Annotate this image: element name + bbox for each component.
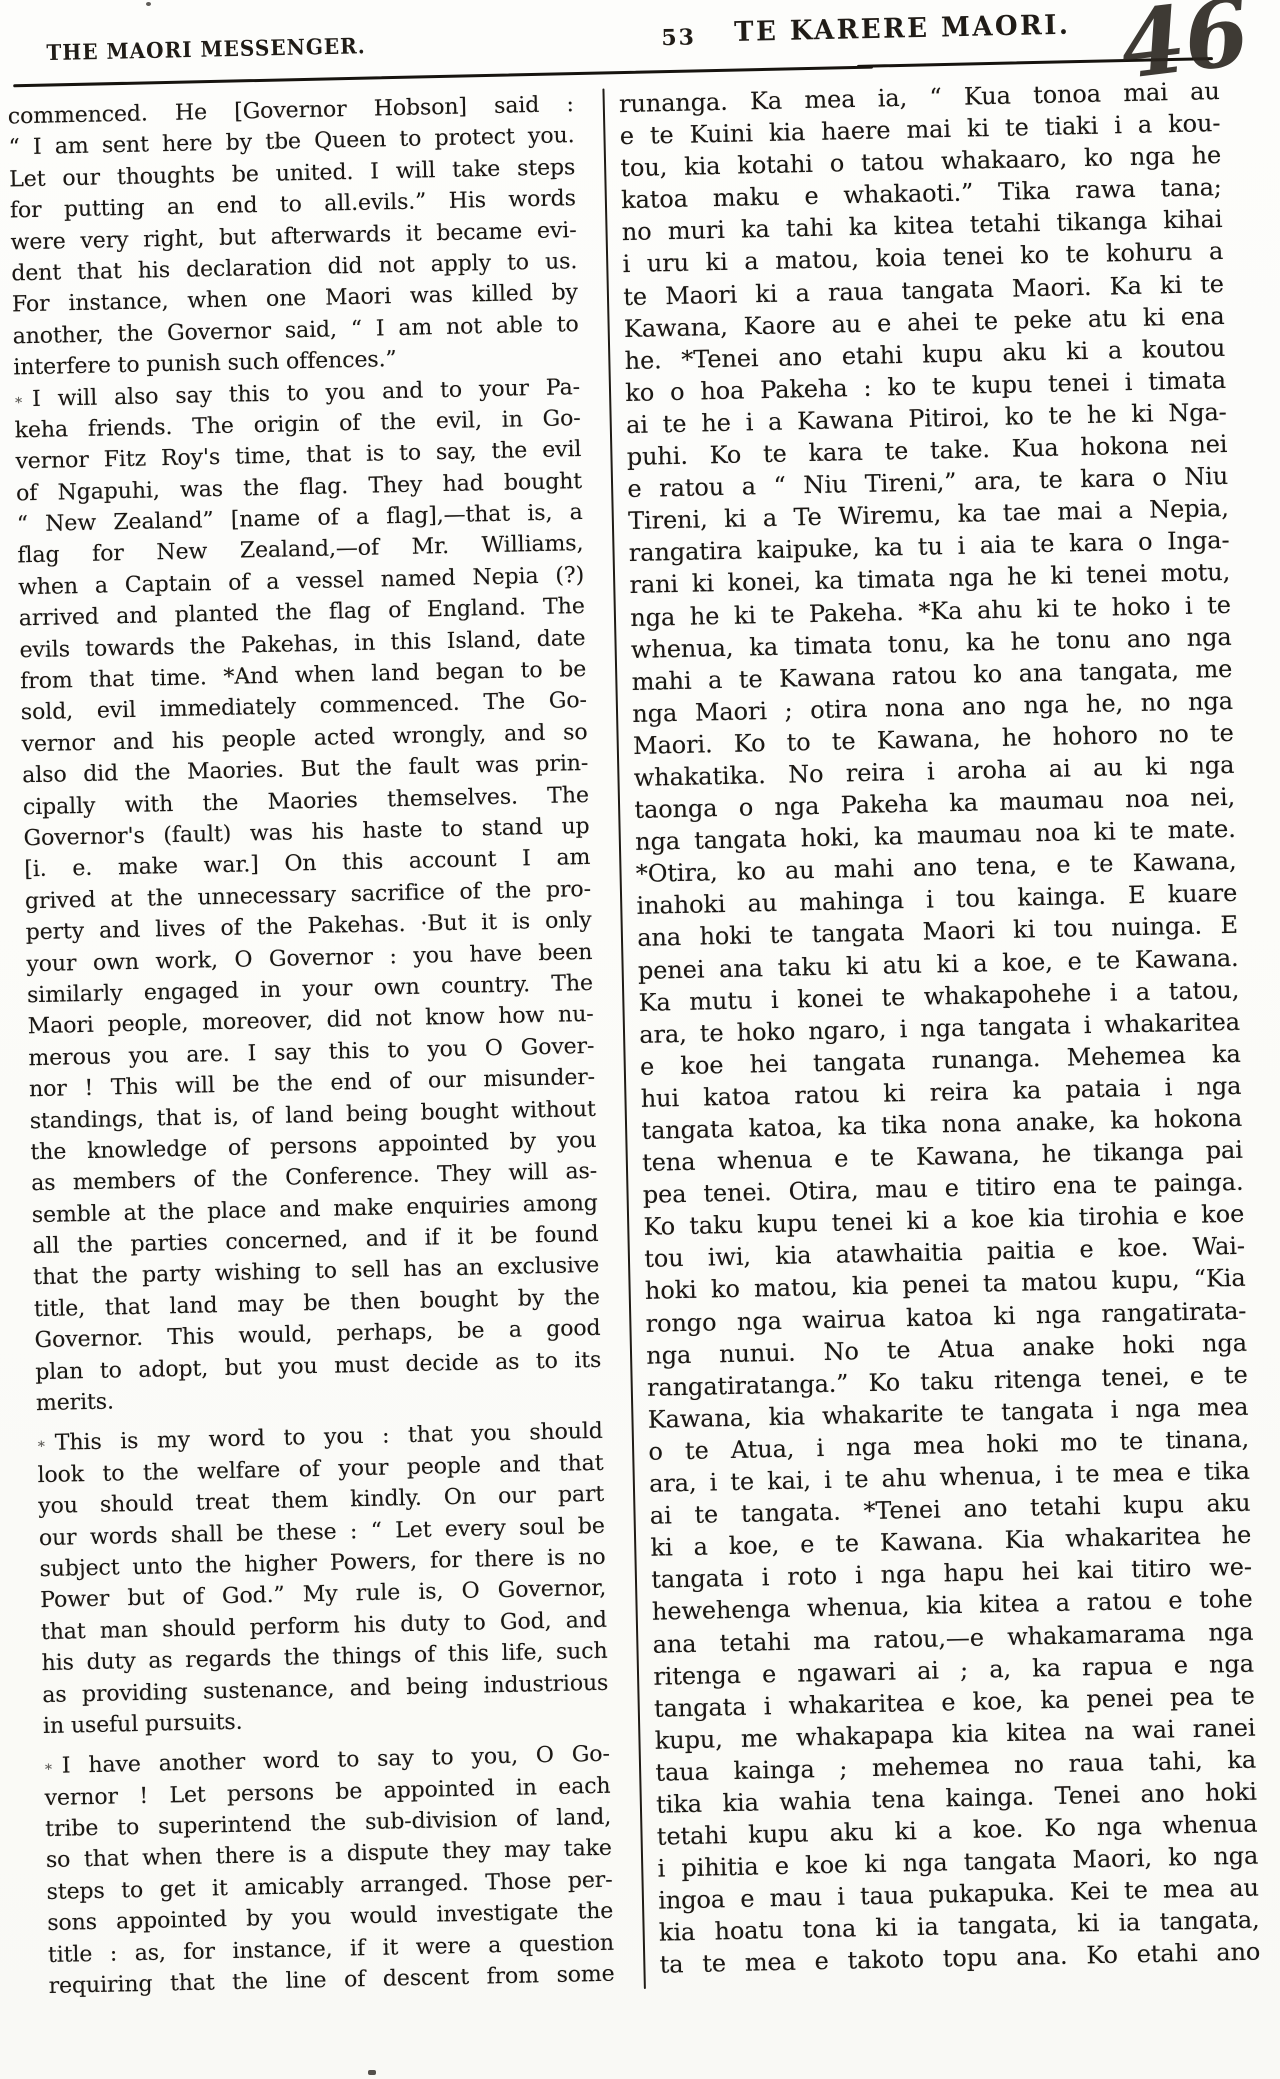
paragraph: commenced. He [Governor Hobson] said :“ … [8,89,580,384]
ink-speck [146,2,151,6]
ink-mark: * [15,388,23,416]
ink-mark: * [38,1432,46,1460]
masthead-maori: TE KARERE MAORI. [734,9,1071,48]
paragraph: *This is my word to you : that you shoul… [37,1416,610,1742]
english-column: commenced. He [Governor Hobson] said :“ … [8,89,615,2002]
ink-speck [368,2070,376,2075]
rule-segment [857,57,1213,67]
masthead-english: THE MAORI MESSENGER. [46,33,366,66]
paragraph: runanga. Ka mea ia, “ Kua tonoa mai aue … [619,75,1261,1981]
page-number: 53 [661,24,696,51]
maori-column: runanga. Ka mea ia, “ Kua tonoa mai aue … [619,75,1261,1989]
paragraph: *I have another word to say to you, O Go… [44,1739,615,2002]
two-column-body: commenced. He [Governor Hobson] said :“ … [8,75,1261,2002]
printed-content: THE MAORI MESSENGER. 53 TE KARERE MAORI.… [6,3,1262,2059]
ink-mark: * [45,1755,53,1783]
paragraph: *I will also say this to you and to your… [14,372,602,1420]
scanned-newspaper-page: THE MAORI MESSENGER. 53 TE KARERE MAORI.… [0,0,1280,2079]
